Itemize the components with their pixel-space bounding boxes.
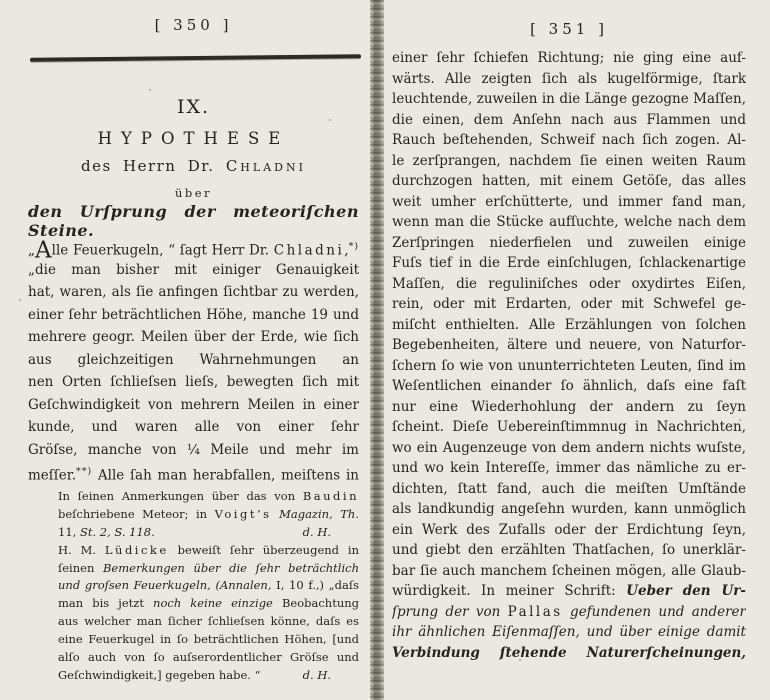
text-line: leuchtende, zuweilen in die Länge gezogn…	[392, 89, 746, 110]
text-line: Geſchwindigkeit von mehrern Meilen in ei…	[28, 394, 359, 417]
text-line: mehrere geogr. Meilen über der Erde, wie…	[28, 326, 359, 349]
text-line: „Alle Feuerkugeln, “ ſagt Herr Dr. Chlad…	[28, 236, 359, 259]
text-line: ſcheint. Dieſe Uebereinſtimmnug in Nachr…	[392, 417, 746, 438]
text-line: **)H. M. Lüdicke beweiſt ſehr überzeugen…	[58, 542, 359, 560]
footnote-attribution: d. H.	[303, 667, 331, 685]
text-line: Zerſpringen niederfielen und zuweilen ei…	[392, 233, 746, 254]
chapter-number: IX.	[28, 96, 359, 118]
scanned-book-spread: { "colors": { "paper": "#ebe8e1", "ink":…	[0, 0, 770, 700]
text-line: nur eine Wiederhohlung der andern zu ſey…	[392, 397, 746, 418]
text-line: beſchriebene Meteor; in Voigt’s Magazin,…	[58, 506, 359, 524]
text-line: Weſentlichen einander ſo ähnlich, daſs e…	[392, 376, 746, 397]
book-gutter-shadow	[370, 0, 384, 700]
text-line: wenn man die Stücke aufſuchte, welche na…	[392, 212, 746, 233]
text-line: Maſſen, die reguliniſches oder oxydirtes…	[392, 274, 746, 295]
text-line: *)In ſeinen Anmerkungen über das von Bau…	[58, 488, 359, 506]
text-line: ſprung der von Pallas gefundenen und and…	[392, 602, 746, 623]
text-line: dichten, ſtatt fand, auch die meiſten Um…	[392, 479, 746, 500]
chapter-subtitle: den Urſprung der meteoriſchen Steine.	[28, 202, 359, 240]
author-name: Chladni	[226, 157, 306, 175]
text-line: rein, oder mit Erdarten, oder mit Schwef…	[392, 294, 746, 315]
author-line: des Herrn Dr. Chladni	[28, 157, 359, 175]
text-line: Fuſs tief in die Erde einſchlugen, ſchla…	[392, 253, 746, 274]
left-page-number: [ 350 ]	[28, 16, 359, 34]
text-line: eine Feuerkugel in ſo beträchtlichen Höh…	[58, 631, 359, 649]
right-body-text: einer ſehr ſchiefen Richtung; nie ging e…	[392, 48, 746, 663]
text-line: wo ein Augenzeuge von dem andern nichts …	[392, 438, 746, 459]
text-line: ſchern ſo wie von ununterrichteten Leute…	[392, 356, 746, 377]
footnote-attribution: d. H.	[303, 524, 331, 542]
text-line: Verbindung ſtehende Naturerſcheinungen, …	[392, 643, 746, 664]
text-line: ihr ähnlichen Eiſenmaſſen, und über eini…	[392, 622, 746, 643]
text-line: Gröſse, manche von ¼ Meile und mehr im D…	[28, 439, 359, 462]
text-line: alſo auch von ſo auſserordentlicher Gröſ…	[58, 649, 359, 667]
text-line: Begebenheiten, ältere und neuere, von Na…	[392, 335, 746, 356]
text-line: und giebt den erzählten Thatſachen, ſo u…	[392, 540, 746, 561]
text-line: einer ſehr beträchtlichen Höhe, manche 1…	[28, 304, 359, 327]
text-line: meſſer.**) Alle ſah man herabfallen, mei…	[28, 461, 359, 484]
text-line: hat, waren, als ſie anfingen ſichtbar zu…	[28, 281, 359, 304]
text-line: Rauch beſtehenden, Schweif nach ſich zog…	[392, 130, 746, 151]
text-line: man bis jetzt noch keine einzige Beobach…	[58, 595, 359, 613]
text-line: durchzogen hatten, mit einem Getöſe, das…	[392, 171, 746, 192]
text-line: 11, St. 2, S. 118.d. H.	[58, 524, 359, 542]
text-line: und wo kein Intereſſe, immer das nämlich…	[392, 458, 746, 479]
chapter-title: HYPOTHESE	[28, 129, 359, 148]
text-line: „die man bisher mit einiger Genauigkeit …	[28, 259, 359, 282]
text-line: miſcht enthielten. Alle Erzählungen von …	[392, 315, 746, 336]
text-line: nen Orten ſchlieſsen lieſs, bewegten ſic…	[28, 371, 359, 394]
text-line: und groſsen Feuerkugeln, (Annalen, I, 10…	[58, 577, 359, 595]
left-footnotes: *)In ſeinen Anmerkungen über das von Bau…	[28, 488, 359, 685]
text-line: würdigkeit. In meiner Schrift: Ueber den…	[392, 581, 746, 602]
text-line: le zerſprangen, nachdem ſie einen weiten…	[392, 151, 746, 172]
text-line: ſeinen Bemerkungen über die ſehr beträch…	[58, 560, 359, 578]
text-line: die einen, dem Anſehn nach aus Flammen u…	[392, 110, 746, 131]
text-line: wärts. Alle zeigten ſich als kugelförmig…	[392, 69, 746, 90]
text-line: Geſchwindigkeit,] gegeben habe. “d. H.	[58, 667, 359, 685]
text-line: kunde, und waren alle von einer ſehr anſ…	[28, 416, 359, 439]
text-line: als landkundig angeſehn wurden, kann unm…	[392, 499, 746, 520]
text-line: aus welcher man ſicher ſchlieſsen könne,…	[58, 613, 359, 631]
text-line: weit umher erſchütterte, und immer fand …	[392, 192, 746, 213]
author-prefix: des Herrn Dr.	[81, 157, 215, 175]
text-line: aus gleichzeitigen Wahrnehmungen an verſ…	[28, 349, 359, 372]
left-body-text: „Alle Feuerkugeln, “ ſagt Herr Dr. Chlad…	[28, 236, 359, 484]
text-line: bar ſie auch manchem ſcheinen mögen, all…	[392, 561, 746, 582]
header-rule	[30, 54, 361, 61]
title-conjunction: über	[28, 186, 359, 200]
text-line: ein Werk des Zufalls oder der Erdichtung…	[392, 520, 746, 541]
right-page-number: [ 351 ]	[392, 20, 746, 38]
text-line: einer ſehr ſchiefen Richtung; nie ging e…	[392, 48, 746, 69]
